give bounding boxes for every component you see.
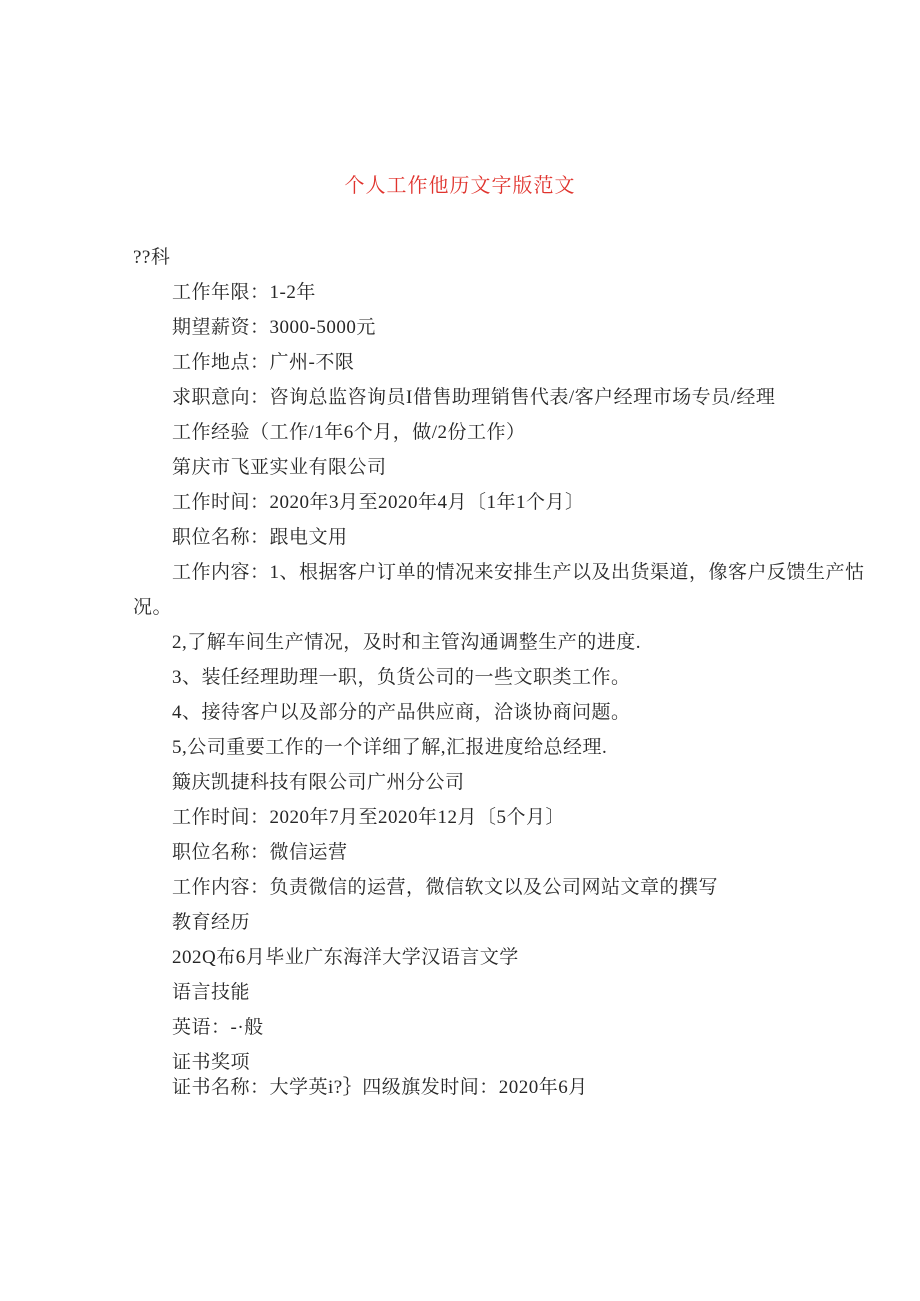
document-page: 个人工作他历文字版范文 ??科 工作年限：1-2年 期望薪资：3000-5000… bbox=[0, 0, 920, 1301]
document-line: 求职意向：咨询总监咨询员I借售助理销售代表/客户经理市场专员/经理 bbox=[133, 386, 884, 410]
document-line: 英语：-·般 bbox=[133, 1016, 884, 1040]
document-line: 工作地点：广州-不限 bbox=[133, 351, 884, 375]
document-line: 职位名称：微信运营 bbox=[133, 841, 884, 865]
document-line: 况。 bbox=[133, 596, 884, 620]
document-title: 个人工作他历文字版范文 bbox=[0, 0, 920, 198]
document-line: 工作年限：1-2年 bbox=[133, 281, 884, 305]
document-line: 证书奖项 bbox=[133, 1051, 884, 1075]
document-line: 4、接待客户以及部分的产品供应商，洽谈协商问题。 bbox=[133, 701, 884, 725]
document-line: 期望薪资：3000-5000元 bbox=[133, 316, 884, 340]
document-line: 工作内容：1、根据客户订单的情况来安排生产以及出货渠道，像客户反馈生产怙 bbox=[133, 561, 884, 585]
document-line: 职位名称：跟电文用 bbox=[133, 526, 884, 550]
document-line: 簸庆凯捷科技有限公司广州分公司 bbox=[133, 771, 884, 795]
document-line: 第庆市飞亚实业有限公司 bbox=[133, 456, 884, 480]
document-line: 3、装任经理助理一职，负货公司的一些文职类工作。 bbox=[133, 666, 884, 690]
document-line: 202Q布6月毕业广东海洋大学汉语言文学 bbox=[133, 946, 884, 970]
document-line: 证书名称：大学英i?｝四级旗发时间：2020年6月 bbox=[133, 1076, 884, 1100]
document-line: 工作经验（工作/1年6个月，做/2份工作） bbox=[133, 421, 884, 445]
document-line: 工作时间：2020年3月至2020年4月〔1年1个月〕 bbox=[133, 491, 884, 515]
document-line: ??科 bbox=[133, 246, 884, 270]
document-line: 教育经历 bbox=[133, 911, 884, 935]
document-line: 工作内容：负责微信的运营，微信软文以及公司网站文章的撰写 bbox=[133, 876, 884, 900]
document-line: 工作时间：2020年7月至2020年12月〔5个月〕 bbox=[133, 806, 884, 830]
document-line: 语言技能 bbox=[133, 981, 884, 1005]
document-body: ??科 工作年限：1-2年 期望薪资：3000-5000元 工作地点：广州-不限… bbox=[133, 246, 884, 1100]
document-line: 5,公司重要工作的一个详细了解,汇报进度给总经理. bbox=[133, 736, 884, 760]
document-line: 2,了解车间生产情况，及时和主管沟通调整生产的进度. bbox=[133, 631, 884, 655]
